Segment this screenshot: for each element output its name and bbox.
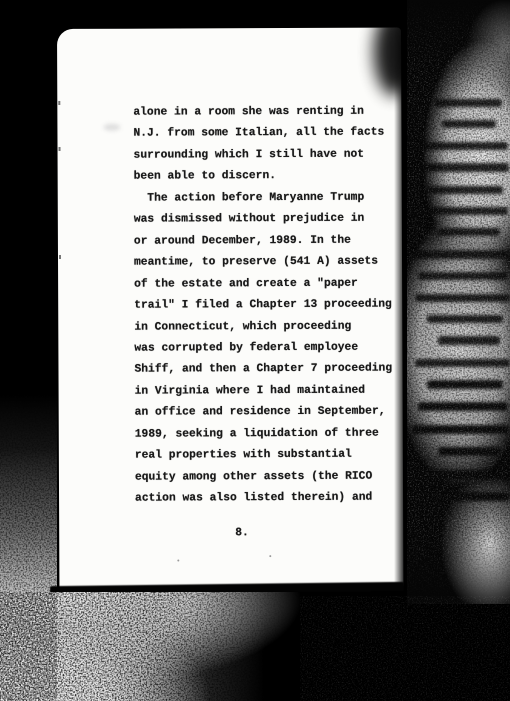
text-line: alone in a room she was renting in: [133, 102, 391, 125]
smudged-text-line: [412, 250, 509, 259]
smudged-text-line: [434, 99, 502, 107]
text-line: was dismissed without prejudice in: [134, 209, 392, 232]
text-line: equity among other assets (the RICO: [135, 466, 393, 489]
smudged-text-line: [427, 186, 503, 194]
smudged-text-line: [412, 425, 509, 434]
text-line: meantime, to preserve (541 A) assets: [134, 252, 392, 275]
text-line: real properties with substantial: [135, 445, 393, 468]
scan-speck: [59, 147, 61, 151]
text-line: action was also listed therein) and: [135, 488, 393, 511]
scan-speck: [59, 255, 61, 259]
text-line: in Virginia where I had maintained: [135, 380, 393, 403]
smudged-text-line: [412, 163, 509, 172]
text-line: an office and residence in September,: [135, 402, 393, 425]
text-line: trail" I filed a Chapter 13 proceeding: [134, 295, 392, 318]
text-line: in Connecticut, which proceeding: [134, 316, 392, 339]
scan-speck: [177, 559, 179, 561]
smudged-text-line: [427, 315, 503, 323]
scanned-document: alone in a room she was renting in N.J. …: [0, 0, 510, 701]
text-line: surrounding which I still have not: [134, 144, 392, 167]
smudged-text-line: [438, 228, 500, 236]
smudged-text-line: [418, 470, 508, 479]
scan-speck: [58, 101, 60, 105]
smudged-text-line: [418, 142, 508, 150]
smudged-text-line: [418, 207, 508, 215]
scan-smudge: [103, 124, 120, 131]
smudged-text-line: [442, 120, 496, 128]
bottom-scan-area: [0, 592, 340, 701]
text-line: been able to discern.: [134, 166, 392, 189]
scan-speck: [269, 555, 271, 557]
smudged-text-line: [438, 447, 500, 456]
smudged-text-line: [415, 359, 510, 367]
text-line: of the estate and create a "paper: [134, 273, 392, 296]
smudged-text-line: [415, 492, 510, 501]
smudged-text-line: [418, 272, 508, 280]
text-line: Shiff, and then a Chapter 7 proceeding: [134, 359, 392, 382]
text-line: 1989, seeking a liquidation of three: [135, 423, 393, 446]
facing-page-shadow: [407, 0, 510, 604]
text-line: The action before Maryanne Trump: [134, 187, 392, 210]
smudged-text-line: [418, 402, 508, 411]
smudged-text-line: [438, 336, 500, 345]
text-line: or around December, 1989. In the: [134, 230, 392, 253]
page-number: 8.: [235, 527, 249, 539]
typewritten-text: alone in a room she was renting in N.J. …: [133, 102, 392, 511]
smudged-text-line: [427, 380, 503, 389]
smudged-text-block: [412, 99, 510, 514]
smudged-text-line: [415, 294, 510, 302]
document-page: alone in a room she was renting in N.J. …: [57, 27, 403, 587]
text-line: was corrupted by federal employee: [134, 338, 392, 361]
text-line: N.J. from some Italian, all the facts: [133, 123, 391, 146]
